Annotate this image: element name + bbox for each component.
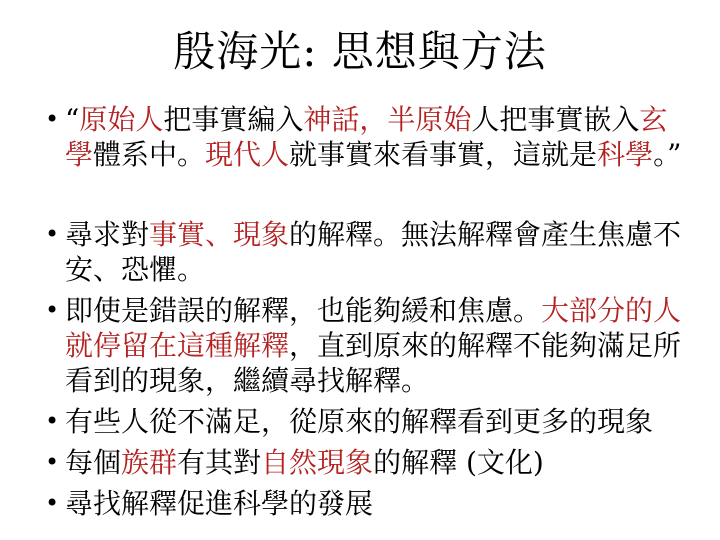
bullet-marker: •: [45, 293, 65, 328]
highlighted-text-segment: 族群: [121, 446, 177, 479]
highlighted-text-segment: 事實、現象: [149, 218, 289, 251]
bullet-text: 尋求對事實、現象的解釋。無法解釋會產生焦慮不安、恐懼。: [65, 217, 695, 287]
bullet-text: 每個族群有其對自然現象的解釋 (文化): [65, 445, 695, 480]
bullet-text: “原始人把事實編入神話，半原始人把事實嵌入玄學體系中。現代人就事實來看事實，這就…: [65, 102, 695, 172]
text-segment: 把事實編入: [163, 103, 303, 136]
highlighted-text-segment: 現代人: [205, 138, 289, 171]
highlighted-text-segment: 神話，半原始: [303, 103, 471, 136]
text-segment: “: [65, 103, 79, 136]
text-segment: 。”: [653, 138, 681, 171]
presentation-slide: 殷海光: 思想與方法 •“原始人把事實編入神話，半原始人把事實嵌入玄學體系中。現…: [0, 0, 720, 540]
text-segment: 體系中。: [93, 138, 205, 171]
highlighted-text-segment: 自然現象: [261, 446, 373, 479]
bullet-item: •尋求對事實、現象的解釋。無法解釋會產生焦慮不安、恐懼。: [45, 217, 695, 287]
text-segment: 每個: [65, 446, 121, 479]
bullet-item: •有些人從不滿足，從原來的解釋看到更多的現象: [45, 404, 695, 439]
text-segment: 尋找解釋促進科學的發展: [65, 487, 373, 520]
bullet-marker: •: [45, 217, 65, 252]
text-segment: 就事實來看事實，這就是: [289, 138, 597, 171]
bullet-text: 有些人從不滿足，從原來的解釋看到更多的現象: [65, 404, 695, 439]
text-segment: 尋求對: [65, 218, 149, 251]
text-segment: 人把事實嵌入: [471, 103, 639, 136]
bullet-marker: •: [45, 404, 65, 439]
highlighted-text-segment: 科學: [597, 138, 653, 171]
text-segment: 有些人從不滿足，從原來的解釋看到更多的現象: [65, 405, 653, 438]
text-segment: 即使是錯誤的解釋，也能夠緩和焦慮。: [65, 294, 541, 327]
bullet-item: •每個族群有其對自然現象的解釋 (文化): [45, 445, 695, 480]
bullet-list: •“原始人把事實編入神話，半原始人把事實嵌入玄學體系中。現代人就事實來看事實，這…: [45, 102, 695, 521]
text-segment: 有其對: [177, 446, 261, 479]
bullet-item: •即使是錯誤的解釋，也能夠緩和焦慮。大部分的人就停留在這種解釋，直到原來的解釋不…: [45, 293, 695, 398]
bullet-marker: •: [45, 102, 65, 137]
bullet-item: •“原始人把事實編入神話，半原始人把事實嵌入玄學體系中。現代人就事實來看事實，這…: [45, 102, 695, 172]
slide-title: 殷海光: 思想與方法: [0, 0, 720, 78]
bullet-item: •尋找解釋促進科學的發展: [45, 486, 695, 521]
text-segment: 的解釋 (文化): [373, 446, 544, 479]
bullet-text: 尋找解釋促進科學的發展: [65, 486, 695, 521]
bullet-marker: •: [45, 445, 65, 480]
bullet-text: 即使是錯誤的解釋，也能夠緩和焦慮。大部分的人就停留在這種解釋，直到原來的解釋不能…: [65, 293, 695, 398]
highlighted-text-segment: 原始人: [79, 103, 163, 136]
bullet-marker: •: [45, 486, 65, 521]
